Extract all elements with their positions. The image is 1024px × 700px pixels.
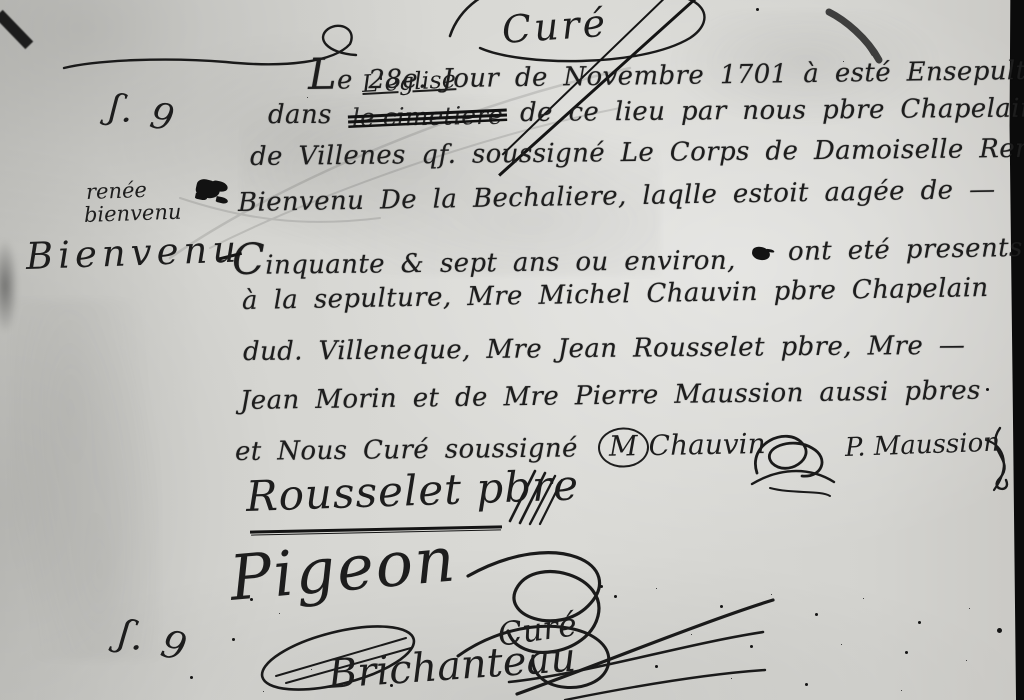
ink-speckles (756, 8, 759, 11)
record-line-8: Jean Morin et de Mre Pierre Maussion aus… (240, 376, 981, 416)
corner-mark (0, 10, 33, 49)
ink-speckles (250, 598, 253, 601)
correction-word: L'eglise (361, 65, 456, 98)
manuscript-page: Curé Le 28e. Jour de Novembre 1701 à est… (0, 0, 1024, 700)
bleedthrough-smudge (10, 300, 160, 660)
margin-note-line1: renée (86, 178, 148, 204)
signature-bienvenu: Bienvenu (25, 228, 242, 278)
struck-word: le cimetiere (352, 101, 503, 133)
paraph-flourish (976, 420, 1024, 498)
record-line-5b: ont eté presents (788, 233, 1023, 267)
signature-pigeon: Pigeon (227, 522, 460, 615)
margin-paraph-bottom: ʃ. 9 (115, 611, 194, 671)
ink-speckles (600, 585, 603, 588)
record-line-2-suffix: de ce lieu par nous pbre Chapelain (520, 93, 1024, 128)
heading-cure: Curé (500, 1, 609, 52)
signature-chauvin-initial: M (598, 427, 649, 468)
margin-note-line2: bienvenu (84, 200, 182, 227)
record-line-2-prefix: dans (268, 100, 332, 130)
record-line-5a: Cinquante & sept ans ou environ, (232, 230, 736, 285)
paraph-flourish (742, 418, 842, 496)
bottom-flourish (505, 596, 785, 700)
edge-smudge (0, 238, 18, 334)
ink-blot (751, 246, 771, 261)
signature-hatch (500, 466, 570, 526)
record-line-7: dud. Villeneque, Mre Jean Rousselet pbre… (243, 331, 966, 367)
signature-chauvin: MChauvin (598, 425, 766, 468)
